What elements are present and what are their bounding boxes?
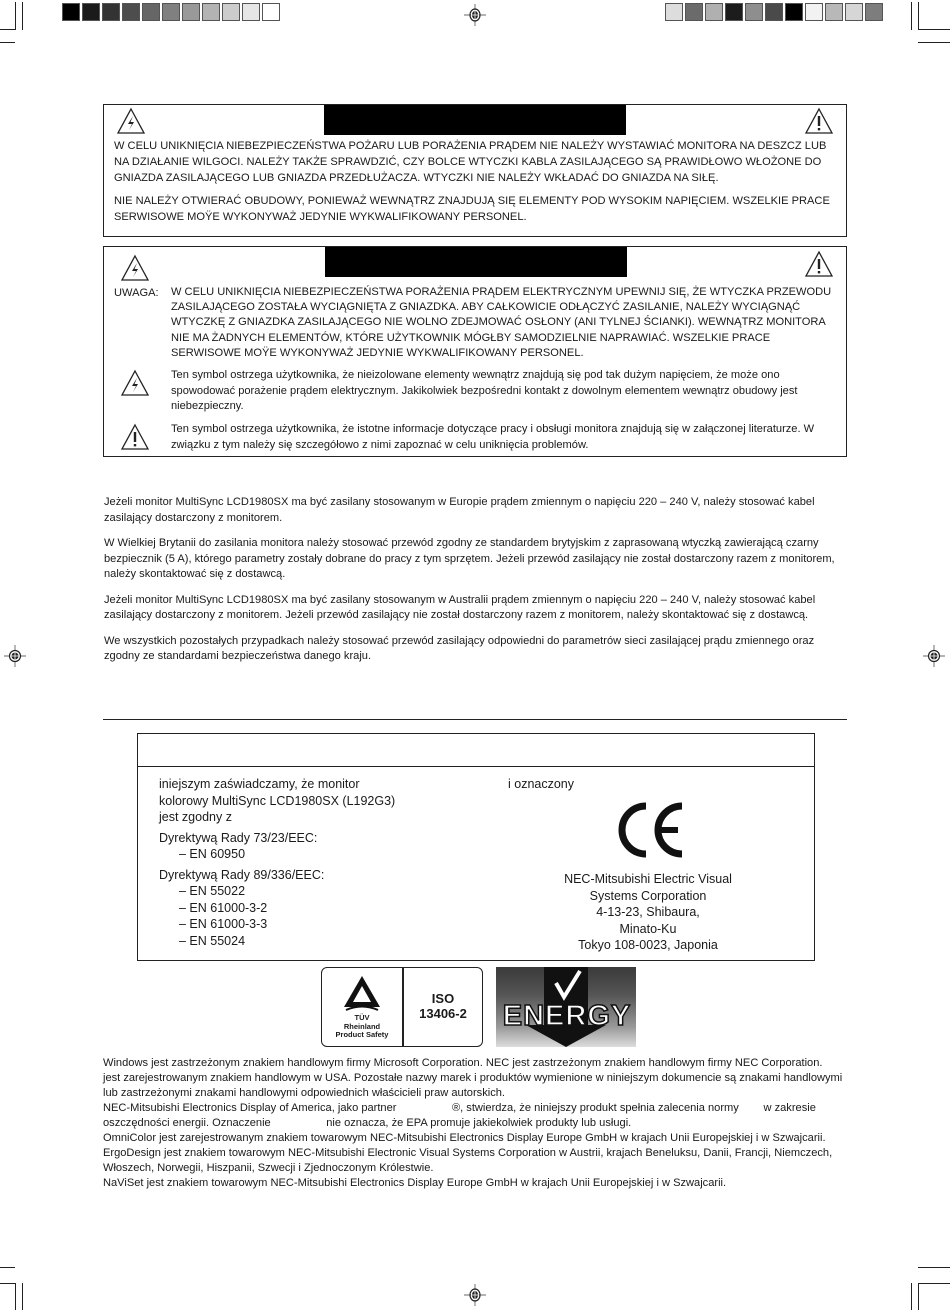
declaration-line: iniejszym zaświadczamy, że monitor xyxy=(159,776,459,793)
color-swatch xyxy=(222,3,240,21)
ce-mark-icon xyxy=(616,800,688,860)
trademark-paragraph: NEC-Mitsubishi Electronics Display of Am… xyxy=(103,1101,849,1131)
crop-mark xyxy=(22,1283,23,1310)
warning-paragraph: NIE NALEŻY OTWIERAĆ OBUDOWY, PONIEWAŻ WE… xyxy=(114,193,838,225)
registration-mark-icon xyxy=(464,1284,486,1306)
standard-item: – EN 55022 xyxy=(159,883,459,900)
manufacturer-address: NEC-Mitsubishi Electric Visual Systems C… xyxy=(498,871,798,954)
trademark-paragraph: ErgoDesign jest znakiem towarowym NEC-Mi… xyxy=(103,1146,849,1176)
crop-mark xyxy=(0,1283,15,1284)
energy-star-logo: ENERGY xyxy=(496,967,636,1047)
crop-mark xyxy=(918,2,919,30)
declaration-line: jest zgodny z xyxy=(159,809,459,826)
color-swatch xyxy=(242,3,260,21)
address-line: 4-13-23, Shibaura, xyxy=(498,904,798,921)
color-swatch xyxy=(785,3,803,21)
trademark-paragraph: NaViSet jest znakiem towarowym NEC-Mitsu… xyxy=(103,1176,849,1191)
warning-title-bar xyxy=(324,105,626,135)
address-line: Systems Corporation xyxy=(498,888,798,905)
power-paragraph: Jeżeli monitor MultiSync LCD1980SX ma by… xyxy=(104,495,849,526)
power-paragraph: W Wielkiej Brytanii do zasilania monitor… xyxy=(104,536,849,583)
caution-text: W CELU UNIKNIĘCIA NIEBEZPIECZEŃSTWA PORA… xyxy=(171,285,843,361)
power-paragraph: We wszystkich pozostałych przypadkach na… xyxy=(104,634,849,665)
crop-mark xyxy=(918,1267,950,1268)
caution-label: UWAGA: xyxy=(114,285,174,301)
color-swatch xyxy=(62,3,80,21)
color-swatch xyxy=(745,3,763,21)
declaration-box: iniejszym zaświadczamy, że monitor kolor… xyxy=(137,733,815,961)
symbol-description: Ten symbol ostrzega użytkownika, że isto… xyxy=(171,422,839,453)
crop-mark xyxy=(918,1283,919,1310)
energy-label: ENERGY xyxy=(500,1000,634,1033)
symbol-description: Ten symbol ostrzega użytkownika, że niei… xyxy=(171,368,839,415)
power-paragraph: Jeżeli monitor MultiSync LCD1980SX ma by… xyxy=(104,593,849,624)
color-swatch xyxy=(122,3,140,21)
color-swatch xyxy=(142,3,160,21)
crop-mark xyxy=(0,29,15,30)
exclamation-triangle-icon xyxy=(804,107,834,135)
crop-mark xyxy=(15,1283,16,1310)
crop-mark xyxy=(22,2,23,30)
color-swatch xyxy=(765,3,783,21)
crop-mark xyxy=(0,1267,15,1268)
warning-paragraph: W CELU UNIKNIĘCIA NIEBEZPIECZEŃSTWA POŻA… xyxy=(114,138,838,186)
crop-mark xyxy=(911,1283,912,1310)
tuv-label: Product Safety xyxy=(322,1031,402,1040)
tuv-iso-logo: TÜV Rheinland Product Safety ISO 13406-2 xyxy=(321,967,483,1047)
color-swatch xyxy=(705,3,723,21)
declaration-line: kolorowy MultiSync LCD1980SX (L192G3) xyxy=(159,793,459,810)
crop-mark xyxy=(0,42,15,43)
color-swatch xyxy=(262,3,280,21)
caution-box: UWAGA: W CELU UNIKNIĘCIA NIEBEZPIECZEŃST… xyxy=(103,246,847,457)
address-line: Tokyo 108-0023, Japonia xyxy=(498,937,798,954)
standard-item: – EN 60950 xyxy=(159,846,459,863)
crop-mark xyxy=(15,2,16,30)
registration-mark-icon xyxy=(923,645,945,667)
color-swatch xyxy=(102,3,120,21)
color-swatch xyxy=(685,3,703,21)
color-swatch xyxy=(845,3,863,21)
iso-label: ISO xyxy=(404,991,482,1006)
print-color-bar-left xyxy=(62,3,282,21)
power-cord-section: Jeżeli monitor MultiSync LCD1980SX ma by… xyxy=(104,495,849,665)
trademark-notes: Windows jest zastrzeżonym znakiem handlo… xyxy=(103,1056,849,1191)
declaration-left: iniejszym zaświadczamy, że monitor kolor… xyxy=(159,776,459,949)
tuv-triangle-icon xyxy=(340,973,384,1013)
section-divider xyxy=(103,719,847,720)
lightning-triangle-icon xyxy=(116,107,146,135)
trademark-paragraph: Windows jest zastrzeżonym znakiem handlo… xyxy=(103,1056,849,1101)
exclamation-triangle-icon xyxy=(120,423,150,451)
iso-label: 13406-2 xyxy=(404,1006,482,1021)
declaration-header-divider xyxy=(138,766,814,767)
print-color-bar-right xyxy=(665,3,885,21)
color-swatch xyxy=(82,3,100,21)
color-swatch xyxy=(202,3,220,21)
color-swatch xyxy=(162,3,180,21)
registration-mark-icon xyxy=(464,4,486,26)
crop-mark xyxy=(918,42,950,43)
color-swatch xyxy=(725,3,743,21)
crop-mark xyxy=(918,1283,950,1284)
standard-item: – EN 55024 xyxy=(159,933,459,950)
directive-title: Dyrektywą Rady 73/23/EEC: xyxy=(159,830,459,847)
registration-mark-icon xyxy=(4,645,26,667)
color-swatch xyxy=(182,3,200,21)
color-swatch xyxy=(805,3,823,21)
address-line: Minato-Ku xyxy=(498,921,798,938)
color-swatch xyxy=(665,3,683,21)
crop-mark xyxy=(911,2,912,30)
address-line: NEC-Mitsubishi Electric Visual xyxy=(498,871,798,888)
standard-item: – EN 61000-3-2 xyxy=(159,900,459,917)
trademark-paragraph: OmniColor jest zarejestrowanym znakiem t… xyxy=(103,1131,849,1146)
lightning-triangle-icon xyxy=(120,254,150,282)
warning-box: W CELU UNIKNIĘCIA NIEBEZPIECZEŃSTWA POŻA… xyxy=(103,104,847,237)
crop-mark xyxy=(918,29,950,30)
directive-title: Dyrektywą Rady 89/336/EEC: xyxy=(159,867,459,884)
declaration-marked-label: i oznaczony xyxy=(508,776,574,793)
standard-item: – EN 61000-3-3 xyxy=(159,916,459,933)
caution-title-bar xyxy=(325,247,627,277)
exclamation-triangle-icon xyxy=(804,250,834,278)
lightning-triangle-icon xyxy=(120,369,150,397)
color-swatch xyxy=(865,3,883,21)
color-swatch xyxy=(825,3,843,21)
